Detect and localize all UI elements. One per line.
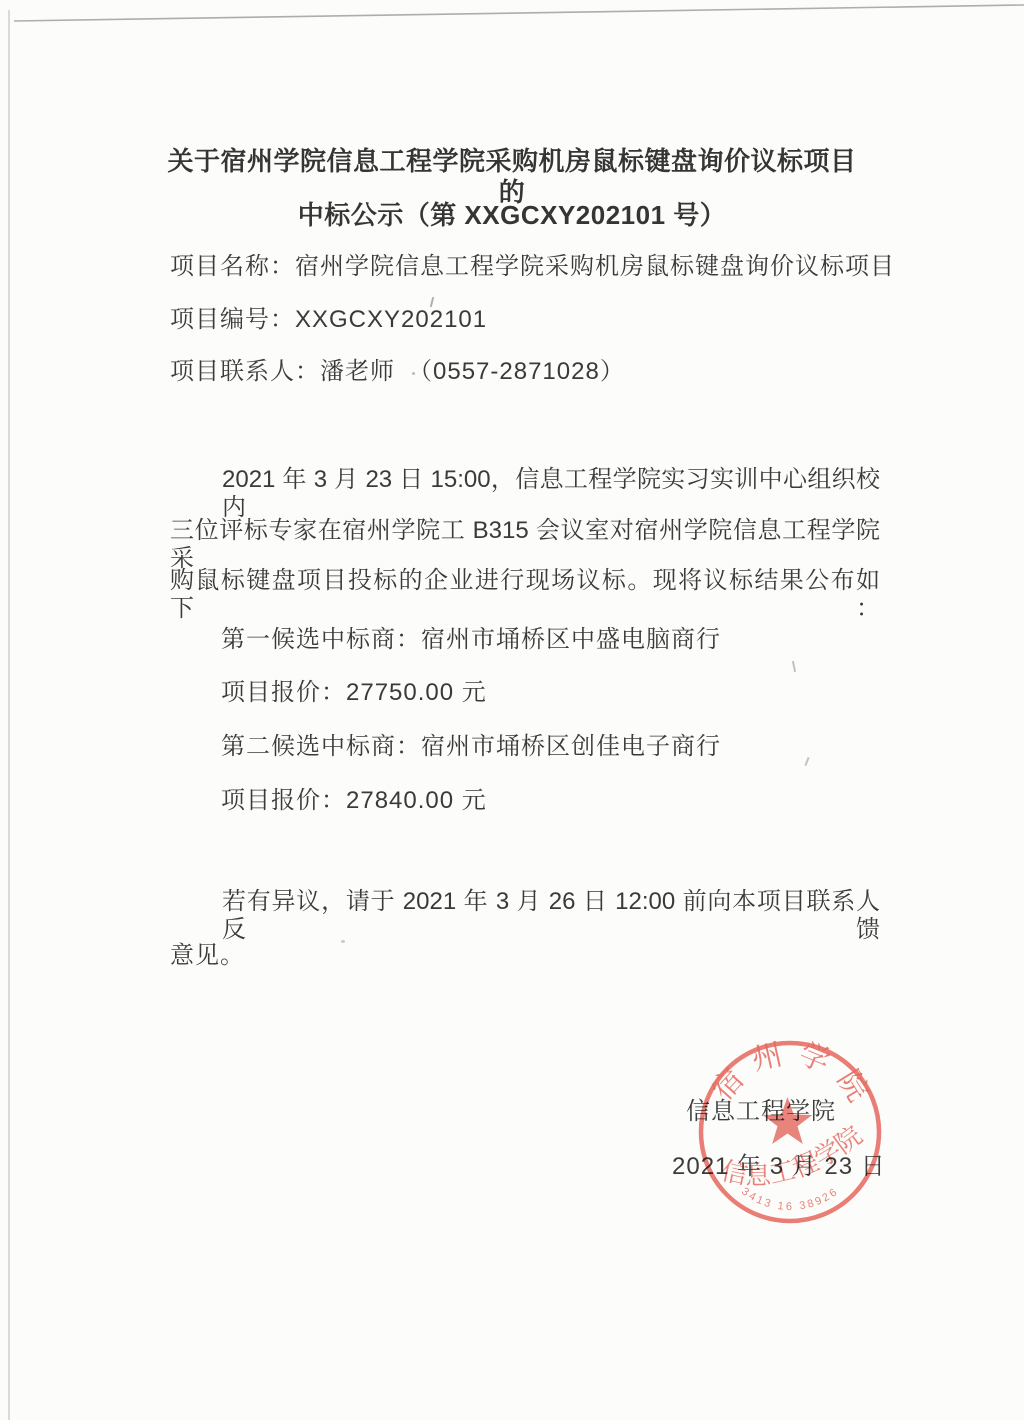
result2-price: 项目报价：27840.00 元 <box>221 787 487 815</box>
official-red-seal: 宿州学院 信息工程学院 3413 16 38926 <box>684 1026 896 1238</box>
result1-vendor: 第一候选中标商：宿州市埇桥区中盛电脑商行 <box>221 626 721 654</box>
scan-speck <box>792 661 796 672</box>
scan-speck <box>412 372 415 375</box>
scan-speck <box>804 757 809 766</box>
scan-speck <box>341 940 345 943</box>
svg-text:宿州学院: 宿州学院 <box>706 1036 881 1118</box>
body-paragraph-line1: 2021 年 3 月 23 日 15:00，信息工程学院实习实训中心组织校内 <box>222 466 880 521</box>
document-title-line2: 中标公示（第 XXGCXY202101 号） <box>156 200 868 231</box>
scan-edge-line-vertical <box>8 10 10 1420</box>
seal-star-icon <box>763 1097 812 1144</box>
body-paragraph-line2: 三位评标专家在宿州学院工 B315 会议室对宿州学院信息工程学院采 <box>170 517 880 572</box>
body-paragraph-line3: 购鼠标键盘项目投标的企业进行现场议标。现将议标结果公布如下： <box>170 567 880 622</box>
scan-edge-line-horizontal <box>0 0 1024 30</box>
result1-price: 项目报价：27750.00 元 <box>221 679 487 707</box>
seal-arc-top-text: 宿州学院 <box>706 1036 881 1118</box>
meta-project-number: 项目编号：XXGCXY202101 <box>170 306 487 334</box>
result2-vendor: 第二候选中标商：宿州市埇桥区创佳电子商行 <box>221 733 721 761</box>
scanned-document-page: 关于宿州学院信息工程学院采购机房鼠标键盘询价议标项目的 中标公示（第 XXGCX… <box>0 0 1024 1420</box>
objection-line1: 若有异议，请于 2021 年 3 月 26 日 12:00 前向本项目联系人反馈 <box>222 888 880 943</box>
meta-project-name: 项目名称：宿州学院信息工程学院采购机房鼠标键盘询价议标项目 <box>170 253 895 281</box>
objection-line2: 意见。 <box>170 942 245 970</box>
meta-project-contact: 项目联系人：潘老师 （0557-2871028） <box>170 358 625 386</box>
